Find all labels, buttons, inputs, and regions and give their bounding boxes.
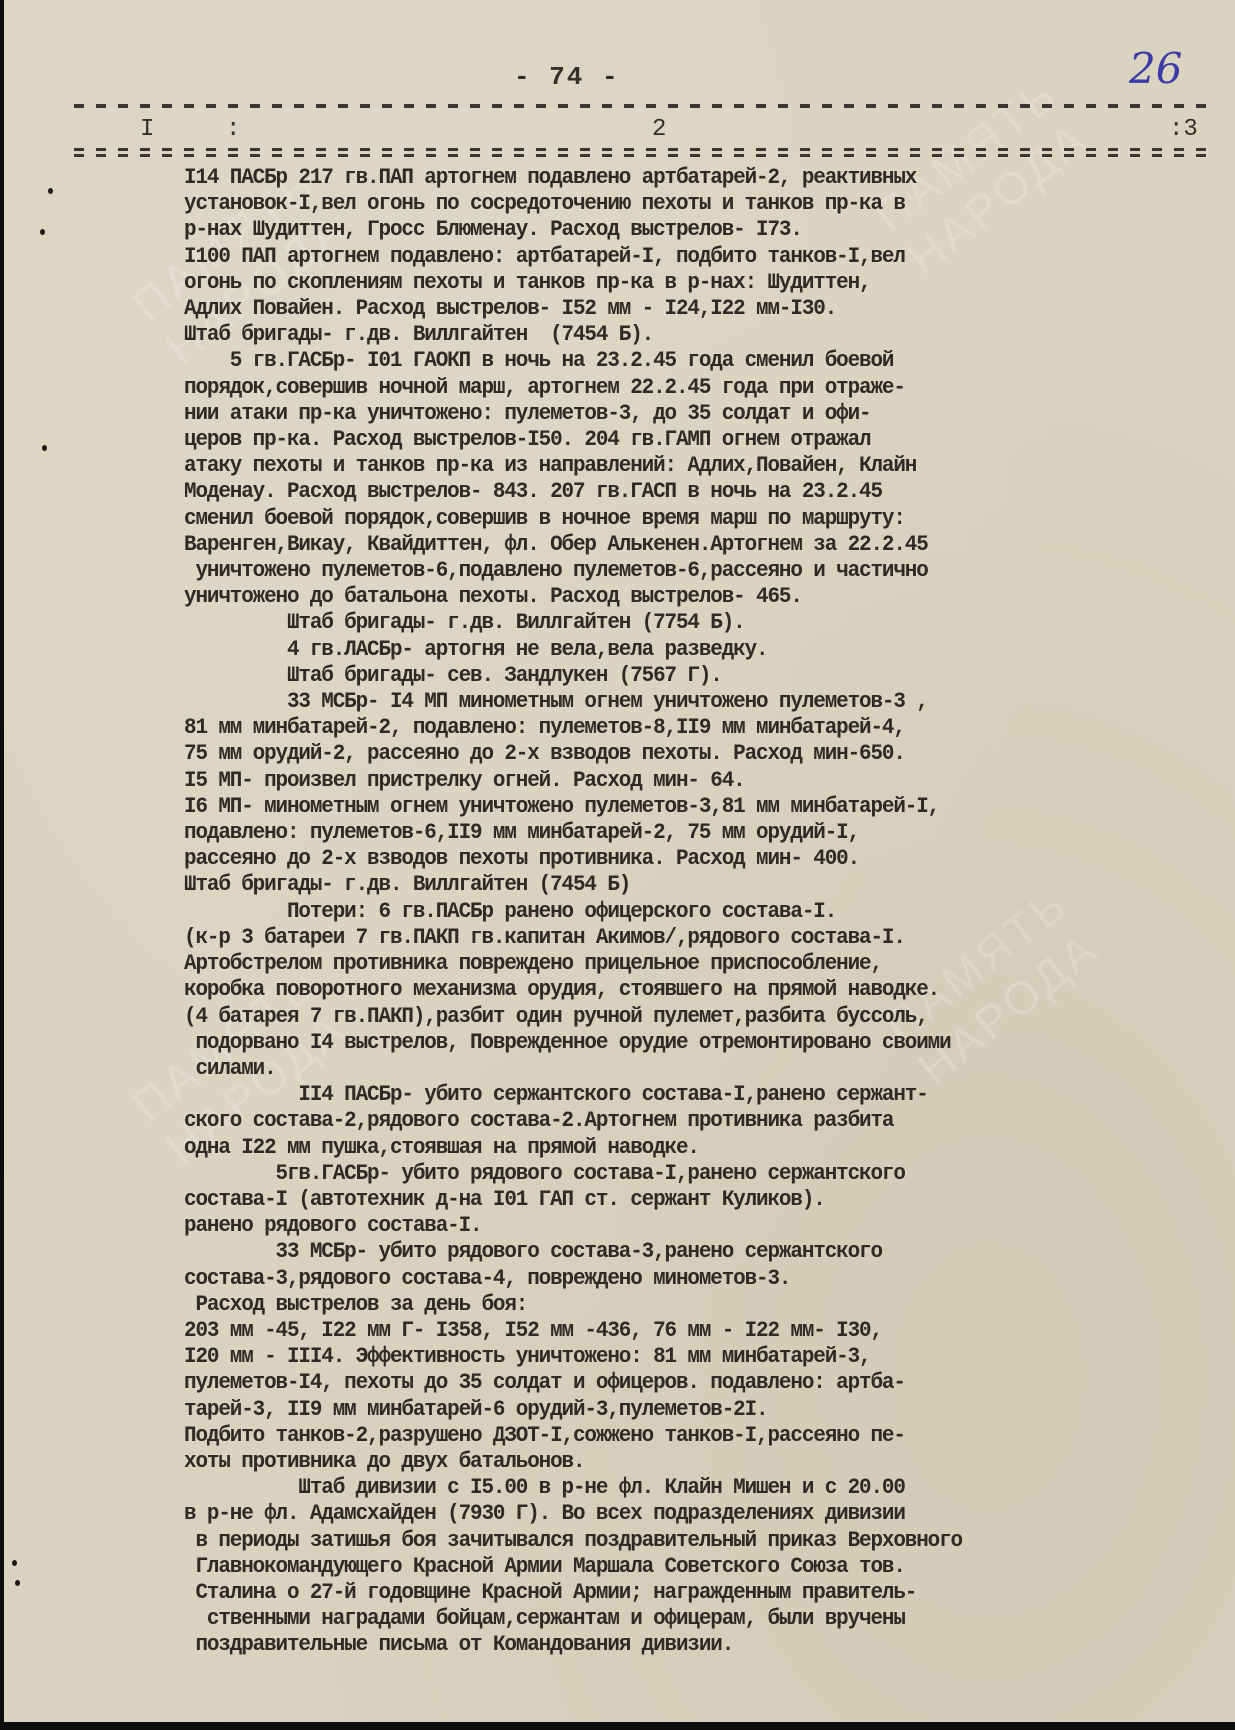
text-line: уничтожено до батальона пехоты. Расход в… <box>184 583 1156 609</box>
punch-hole <box>42 445 47 451</box>
column-separator: : <box>226 116 240 143</box>
text-line: 203 мм -45, I22 мм Г- I358, I52 мм -436,… <box>184 1317 1156 1343</box>
text-line: I6 МП- минометным огнем уничтожено пулем… <box>184 793 1156 819</box>
text-line: 81 мм минбатарей-2, подавлено: пулеметов… <box>184 714 1156 740</box>
text-line: Подбито танков-2,разрушено ДЗОТ-I,сожжен… <box>184 1422 1156 1448</box>
punch-hole <box>40 229 45 235</box>
text-line: состава-3,рядового состава-4, повреждено… <box>184 1265 1156 1291</box>
text-line: тарей-3, II9 мм минбатарей-6 орудий-3,пу… <box>184 1396 1156 1422</box>
text-line: Штаб дивизии с I5.00 в р-не фл. Клайн Ми… <box>184 1474 1156 1500</box>
column-header-3: :3 <box>1169 116 1198 143</box>
punch-hole <box>12 1560 17 1566</box>
text-line: Потери: 6 гв.ПАСБр ранено офицерского со… <box>184 898 1156 924</box>
text-line: ранено рядового состава-I. <box>184 1212 1156 1238</box>
text-line: пулеметов-I4, пехоты до 35 солдат и офиц… <box>184 1369 1156 1395</box>
text-line: 33 МСБр- убито рядового состава-3,ранено… <box>184 1238 1156 1264</box>
text-line: Артобстрелом противника повреждено прице… <box>184 950 1156 976</box>
text-line: в периоды затишья боя зачитывался поздра… <box>184 1527 1156 1553</box>
text-line: Расход выстрелов за день боя: <box>184 1291 1156 1317</box>
text-line: I100 ПАП артогнем подавлено: артбатарей-… <box>184 243 1156 269</box>
text-line: Штаб бригады- г.дв. Виллгайтен (7454 Б). <box>184 321 1156 347</box>
text-line: уничтожено пулеметов-6,подавлено пулемет… <box>184 557 1156 583</box>
text-line: Моденау. Расход выстрелов- 843. 207 гв.Г… <box>184 478 1156 504</box>
text-line: Адлих Повайен. Расход выстрелов- I52 мм … <box>184 295 1156 321</box>
text-line: Штаб бригады- г.дв. Виллгайтен (7454 Б) <box>184 871 1156 897</box>
text-line: нии атаки пр-ка уничтожено: пулеметов-3,… <box>184 400 1156 426</box>
text-line: в р-не фл. Адамсхайден (7930 Г). Во всех… <box>184 1500 1156 1526</box>
text-line: II4 ПАСБр- убито сержантского состава-I,… <box>184 1081 1156 1107</box>
text-line: Штаб бригады- сев. Зандлукен (7567 Г). <box>184 662 1156 688</box>
text-line: Главнокомандующего Красной Армии Маршала… <box>184 1553 1156 1579</box>
text-line: силами. <box>184 1055 1156 1081</box>
text-line: сменил боевой порядок,совершив в ночное … <box>184 505 1156 531</box>
page-number: - 74 - <box>514 62 620 92</box>
text-line: огонь по скоплениям пехоты и танков пр-к… <box>184 269 1156 295</box>
text-line: состава-I (автотехник д-на I01 ГАП ст. с… <box>184 1186 1156 1212</box>
column-header-1: I <box>140 116 154 143</box>
text-line: I20 мм - III4. Эффективность уничтожено:… <box>184 1343 1156 1369</box>
text-line: 75 мм орудий-2, рассеяно до 2-х взводов … <box>184 740 1156 766</box>
text-line: хоты противника до двух батальонов. <box>184 1448 1156 1474</box>
handwritten-folio-number: 26 <box>1129 44 1182 93</box>
text-line: коробка поворотного механизма орудия, ст… <box>184 976 1156 1002</box>
text-line: Варенген,Викау, Квайдиттен, фл. Обер Аль… <box>184 531 1156 557</box>
document-page: ПАМЯТЬ НАРОДА ПАМЯТЬ НАРОДА ПАМЯТЬ НАРОД… <box>4 0 1235 1722</box>
text-line: атаку пехоты и танков пр-ка из направлен… <box>184 452 1156 478</box>
header-dashed-rule <box>74 104 1214 108</box>
text-line: порядок,совершив ночной марш, артогнем 2… <box>184 374 1156 400</box>
header-double-dashed-rule <box>74 148 1214 157</box>
column-header-2: 2 <box>652 116 666 143</box>
text-line: ственными наградами бойцам,сержантам и о… <box>184 1605 1156 1631</box>
text-line: подавлено: пулеметов-6,II9 мм минбатарей… <box>184 819 1156 845</box>
text-line: 4 гв.ЛАСБр- артогня не вела,вела разведк… <box>184 636 1156 662</box>
text-line: р-нах Шудиттен, Гросс Блюменау. Расход в… <box>184 216 1156 242</box>
text-line: 5гв.ГАСБр- убито рядового состава-I,ране… <box>184 1160 1156 1186</box>
punch-hole <box>48 188 53 194</box>
text-line: подорвано I4 выстрелов, Поврежденное ору… <box>184 1029 1156 1055</box>
text-line: Штаб бригады- г.дв. Виллгайтен (7754 Б). <box>184 609 1156 635</box>
text-line: установок-I,вел огонь по сосредоточению … <box>184 190 1156 216</box>
text-line: 5 гв.ГАСБр- I01 ГАОКП в ночь на 23.2.45 … <box>184 347 1156 373</box>
text-line: поздравительные письма от Командования д… <box>184 1631 1156 1657</box>
text-line: I5 МП- произвел пристрелку огней. Расход… <box>184 767 1156 793</box>
text-line: рассеяно до 2-х взводов пехоты противник… <box>184 845 1156 871</box>
text-line: 33 МСБр- I4 МП минометным огнем уничтоже… <box>184 688 1156 714</box>
text-line: (к-р 3 батареи 7 гв.ПАКП гв.капитан Аким… <box>184 924 1156 950</box>
text-line: одна I22 мм пушка,стоявшая на прямой нав… <box>184 1134 1156 1160</box>
text-line: I14 ПАСБр 217 гв.ПАП артогнем подавлено … <box>184 164 1156 190</box>
text-line: (4 батарея 7 гв.ПАКП),разбит один ручной… <box>184 1003 1156 1029</box>
text-line: церов пр-ка. Расход выстрелов-I50. 204 г… <box>184 426 1156 452</box>
punch-hole <box>15 1580 20 1586</box>
typewritten-body: I14 ПАСБр 217 гв.ПАП артогнем подавлено … <box>184 164 1229 1658</box>
text-line: Сталина о 27-й годовщине Красной Армии; … <box>184 1579 1156 1605</box>
text-line: ского состава-2,рядового состава-2.Артог… <box>184 1107 1156 1133</box>
